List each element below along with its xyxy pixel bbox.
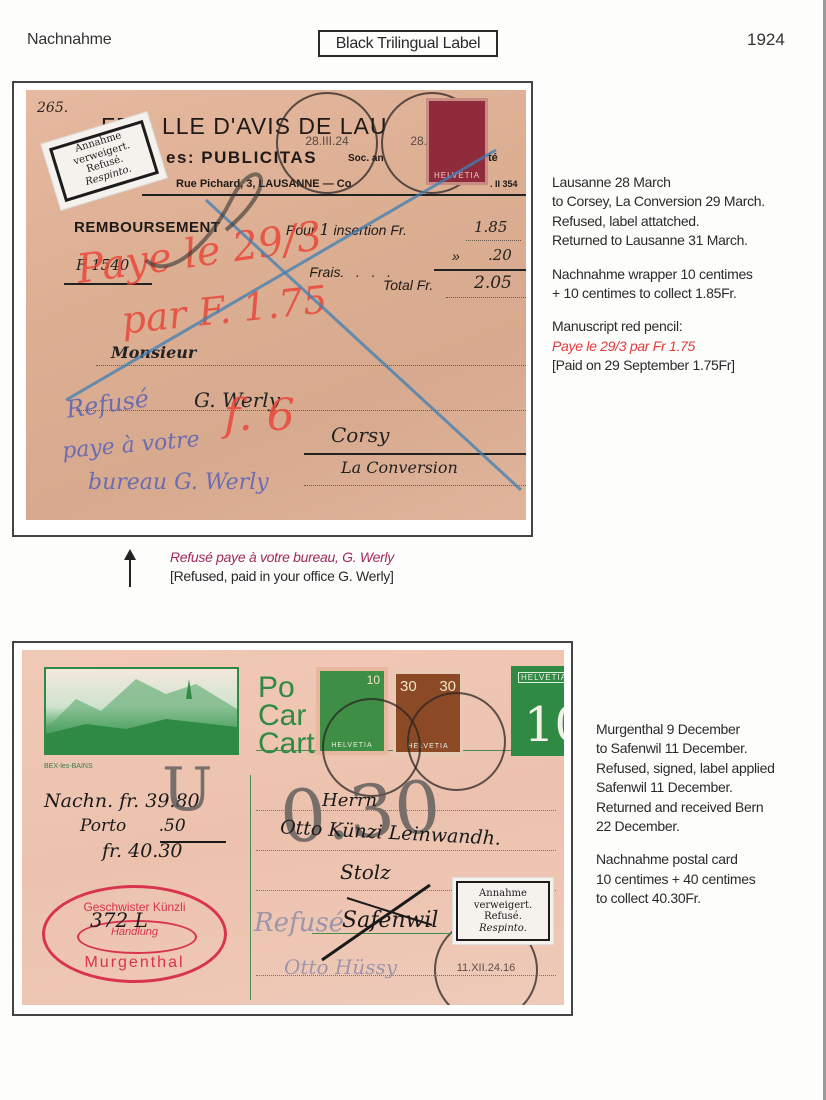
oval-company-stamp: Geschwister Künzli Handlung Murgenthal [42, 885, 227, 983]
page-title-box: Black Trilingual Label [318, 30, 498, 57]
red-pencil-quote: Paye le 29/3 par Fr 1.75 [552, 337, 822, 356]
arrow-up-icon [124, 549, 136, 587]
nachnahme-postal-card: BEX-les-BAINS Po Car Carto 10 HELVETIA 3… [22, 650, 564, 1005]
nachnahme-wrapper: 265. FE LLE D'AVIS DE LAU E es: PUBLICIT… [26, 90, 526, 520]
description-item-1: Lausanne 28 March to Corsey, La Conversi… [552, 173, 822, 376]
faint-refuse: Refusé [254, 908, 344, 938]
description-item-2: Murgenthal 9 December to Safenwil 11 Dec… [596, 720, 816, 909]
caption-original: Refusé paye à votre bureau, G. Werly [170, 548, 394, 567]
red-pencil-translation: [Paid on 29 September 1.75Fr] [552, 356, 822, 375]
caption-refusal: Refusé paye à votre bureau, G. Werly [Re… [170, 548, 394, 586]
oval-handwritten: 372 L [90, 908, 148, 932]
page-year: 1924 [747, 30, 785, 50]
refusal-label-card: Annahme verweigert. Refusé. Respinto. [452, 877, 554, 945]
faint-signature: Otto Hüssy [284, 955, 397, 979]
caption-translation: [Refused, paid in your office G. Werly] [170, 567, 394, 586]
blue-cross-lines [26, 90, 526, 520]
page-heading-left: Nachnahme [27, 31, 111, 49]
cover-frame-2: BEX-les-BAINS Po Car Carto 10 HELVETIA 3… [12, 641, 573, 1016]
cover-frame-1: 265. FE LLE D'AVIS DE LAU E es: PUBLICIT… [12, 81, 533, 537]
